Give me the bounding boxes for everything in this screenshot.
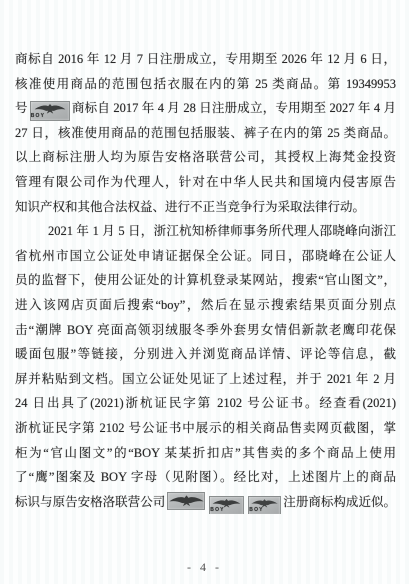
body-text: 商标自 2016 年 12 月 7 日注册成立，专用期至 2026 年 12 月… (15, 47, 396, 514)
text-line: 标识与原告安格洛联营公司BOYBOY注册商标构成近似。 (15, 490, 396, 515)
text-line: 核准使用商品的范围包括衣服在内的第 25 类商品。第 19349953 (15, 72, 396, 97)
text-line: 进入该网店页面后搜索“boy”，然后在显示搜索结果页面分别点 (15, 293, 396, 318)
text-segment: 注册商标构成近似。 (283, 495, 396, 509)
boy-eagle-trademark-image (167, 492, 205, 510)
boy-eagle-trademark-image: BOY (209, 496, 244, 515)
text-segment: 标识与原告安格洛联营公司 (15, 495, 165, 509)
text-line: 2021 年 1 月 5 日，浙江杭知桥律师事务所代理人邵晓峰向浙江 (15, 219, 396, 244)
text-line: 知识产权和其他合法权益、进行不正当竞争行为采取法律行动。 (15, 195, 396, 220)
text-line: 了“鹰”图案及 BOY 字母（见附图）。经比对，上述图片上的商品 (15, 465, 396, 490)
trademark-boy-label: BOY (249, 508, 280, 513)
trademark-boy-label: BOY (210, 508, 243, 513)
text-line: 管理有限公司作为代理人，针对在中华人民共和国境内侵害原告 (15, 170, 396, 195)
text-line: 击“潮牌 BOY 亮面高领羽绒服冬季外套男女情侣新款老鹰印花保 (15, 318, 396, 343)
boy-eagle-trademark-image: BOY (248, 496, 281, 515)
text-line: 省杭州市国立公证处申请证据保全公证。同日，邵晓峰在公证人 (15, 244, 396, 269)
boy-eagle-trademark-image: BOY (30, 101, 70, 121)
page-number: - 4 - (0, 560, 409, 575)
text-line: 27 日，核准使用商品的范围包括服装、裤子在内的第 25 类商品。 (15, 121, 396, 146)
trademark-boy-label: BOY (31, 114, 69, 119)
text-line: 以上商标注册人均为原告安格洛联营公司，其授权上海梵金投资 (15, 145, 396, 170)
text-segment: 商标自 2017 年 4 月 28 日注册成立，专用期至 2027 年 4 月 (72, 101, 396, 115)
text-line: 浙杭证民字第 2102 号公证书中展示的相关商品售卖网页截图，掌 (15, 416, 396, 441)
document-page: 商标自 2016 年 12 月 7 日注册成立，专用期至 2026 年 12 月… (0, 0, 409, 584)
text-line: 暖面包服”等链接，分别进入并浏览商品详情、评论等信息，截 (15, 342, 396, 367)
boy-eagle-icon (169, 495, 204, 507)
text-line: 屏并粘贴到文档。国立公证处见证了上述过程，并于 2021 年 2 月 (15, 367, 396, 392)
text-line: 24 日出具了(2021)浙杭证民字第 2102 号公证书。经查看(2021) (15, 391, 396, 416)
text-line: 号BOY商标自 2017 年 4 月 28 日注册成立，专用期至 2027 年 … (15, 96, 396, 121)
text-line: 柜为“官山图文”的“BOY 某某折扣店”其售卖的多个商品上使用 (15, 441, 396, 466)
text-line: 商标自 2016 年 12 月 7 日注册成立，专用期至 2026 年 12 月… (15, 47, 396, 72)
text-line: 员的监督下，使用公证处的计算机登录某网站，搜索“官山图文”， (15, 268, 396, 293)
text-segment: 号 (15, 101, 28, 115)
